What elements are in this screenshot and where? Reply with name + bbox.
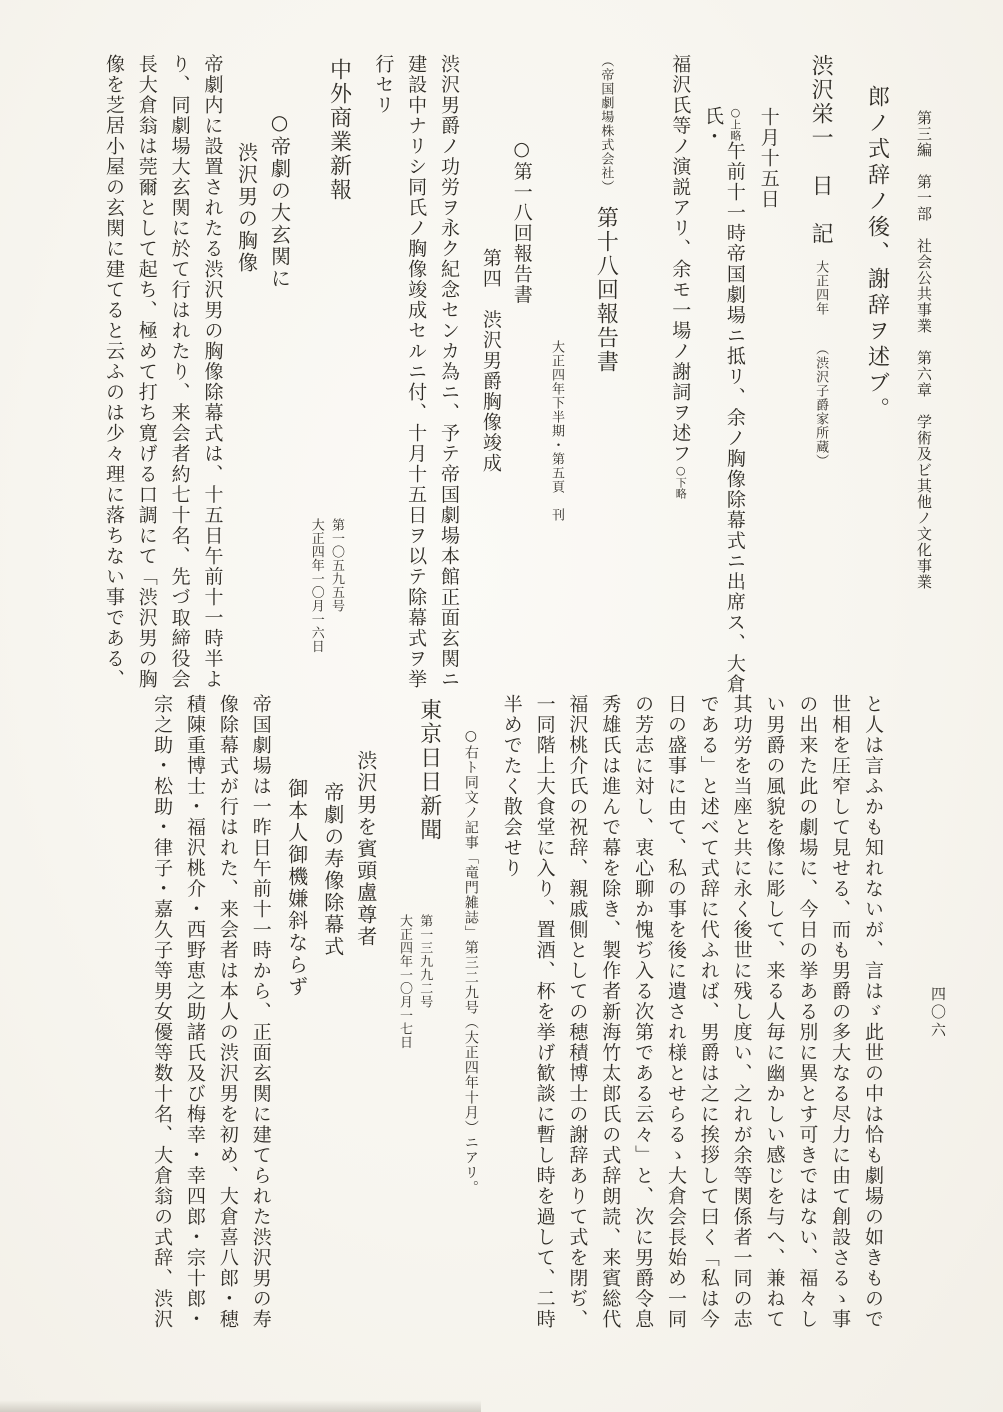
diary-line2-text: 福沢氏等ノ演説アリ、余モ一場ノ謝詞ヲ述フ <box>669 54 691 464</box>
upper-text-band: 第三編 第一部 社会公共事業 第六章 学術及ビ其他ノ文化事業 郎ノ式辞ノ後、謝辞… <box>102 52 933 712</box>
chugai-text-line: 一同階上大食堂に入り、置酒、杯を挙げ歓談に暫し時を過して、二時 <box>533 692 555 1404</box>
page-number: 四〇六 <box>928 986 949 1040</box>
nichinichi-text-line: 宗之助・松助・律子・嘉久子等男女優等数十名、大倉翁の式辞、渋沢 <box>150 692 172 1404</box>
report-edition-note: 大正四年下半期・第五頁 刊 <box>548 52 564 712</box>
chugai-text-line: 日の盛事に由て、私の事を後に遺され様とせらるゝ大倉会長始め一同 <box>664 692 686 1404</box>
running-head: 第三編 第一部 社会公共事業 第六章 学術及ビ其他ノ文化事業 <box>914 52 934 712</box>
nichinichi-headline: 渋沢男を賓頭盧尊者 <box>354 692 378 1404</box>
omission-mark-top: ○上略 <box>729 106 742 141</box>
nichinichi-text-line: 帝国劇場は一昨日午前十一時から、正面玄関に建てられた渋沢男の寿 <box>249 692 271 1404</box>
chugai-text-line: の出来た此の劇場に、今日の挙ある別に異とす可きではない、福々し <box>795 692 817 1404</box>
chugai-headline: ○帝劇の大玄関に <box>267 52 291 712</box>
diary-text-line: 福沢氏等ノ演説アリ、余モ一場ノ謝詞ヲ述フ○下略 <box>668 52 690 712</box>
diary-date-heading: 十月十五日 <box>757 52 779 712</box>
report-section-heading: ○第一八回報告書 <box>510 52 532 712</box>
chugai-issue-note: 第一〇五九五号 大正四年一〇月一六日 <box>303 518 344 653</box>
chugai-text-line: 半めでたく散会せり <box>500 692 522 1404</box>
report-text-line: 渋沢男爵ノ功労ヲ永ク紀念センカ為ニ、予テ帝国劇場本館正面玄関ニ <box>437 52 459 712</box>
nichinichi-text-line: 像除幕式が行はれた、来会者は本人の渋沢男を初め、大倉喜八郎・穂 <box>216 692 238 1404</box>
chugai-text-line: 像を芝居小屋の玄関に建てると云ふのは少々理に落ちない事である、 <box>102 52 124 712</box>
chugai-text-line: 其功労を当座と共に永く後世に残し度い、之れが余等関係者一同の志 <box>730 692 752 1404</box>
report-text-line: 建設中ナリシ同氏ノ胸像竣成セルニ付、十月十五日ヲ以テ除幕式ヲ挙 <box>404 52 426 712</box>
chugai-text-line: と人は言ふかも知れないが、言はゞ此世の中は恰も劇場の如きもので <box>861 692 883 1404</box>
chugai-text-line: り、同劇場大玄関に於て行はれたり、来会者約七十名、先づ取締役会 <box>168 52 190 712</box>
report-company-note: （帝国劇場株式会社） <box>598 54 613 194</box>
nichinichi-issue-note: 第一三九九二号 大正四年一〇月一七日 <box>392 914 433 1049</box>
chugai-headline: 渋沢男の胸像 <box>234 52 258 712</box>
chugai-paper-title: 中外商業新報 <box>325 58 351 202</box>
chugai-issue-number: 第一〇五九五号 <box>328 518 344 653</box>
book-page: 第三編 第一部 社会公共事業 第六章 学術及ビ其他ノ文化事業 郎ノ式辞ノ後、謝辞… <box>0 0 1003 1412</box>
report-heading: （帝国劇場株式会社）第十八回報告書 <box>592 52 618 712</box>
report-text-line: 行セリ <box>371 52 393 712</box>
page-edge-shadow <box>0 1400 481 1412</box>
chugai-text-line: 世相を圧窄して見せる、而も男爵の多大なる尽力に由て創設さるゝ事 <box>828 692 850 1404</box>
nichinichi-headline: 御本人御機嫌斜ならず <box>285 692 309 1404</box>
diary-era-note: 大正四年 <box>813 260 828 316</box>
chugai-text-line: 秀雄氏は進んで幕を除き、製作者新海竹太郎氏の式辞朗読、来賓総代 <box>598 692 620 1404</box>
nichinichi-paper-title: 東京日日新聞 <box>415 698 441 842</box>
continuation-line: 郎ノ式辞ノ後、謝辞ヲ述ブ。 <box>863 52 889 712</box>
nichinichi-masthead: 東京日日新聞 第一三九九二号 大正四年一〇月一七日 <box>392 692 442 1404</box>
nichinichi-headline: 帝劇の寿像除幕式 <box>321 692 345 1404</box>
chugai-text-line: である」と述べて式辞に代ふれば、男爵は之に挨拶して曰く「私は今 <box>697 692 719 1404</box>
diary-line1-text: 午前十一時帝国劇場ニ抵リ、余ノ胸像除幕式ニ出席ス、大倉氏・ <box>702 106 746 695</box>
diary-heading: 渋沢栄一 日 記大正四年（渋沢子爵家所蔵） <box>807 52 833 712</box>
chugai-masthead: 中外商業新報 第一〇五九五号 大正四年一〇月一六日 <box>303 52 351 712</box>
diary-source-note: （渋沢子爵家所蔵） <box>813 342 828 468</box>
chugai-text-line: の芳志に対し、衷心聊か愧ぢ入る次第である云々」と、次に男爵令息 <box>631 692 653 1404</box>
lower-text-band: と人は言ふかも知れないが、言はゞ此世の中は恰も劇場の如きもので 世相を圧窄して見… <box>150 692 883 1404</box>
nichinichi-text-line: 積陳重博士・福沢桃介・西野恵之助諸氏及び梅幸・幸四郎・宗十郎・ <box>183 692 205 1404</box>
cross-reference-note: ○右ト同文ノ記事「竜門雑誌」第三二九号（大正四年十月）ニアリ。 <box>462 692 480 1404</box>
chugai-text-line: い男爵の風貌を像に彫して、来る人毎に幽かしい感じを与へ、兼ねて <box>763 692 785 1404</box>
chugai-text-line: 長大倉翁は莞爾として起ち、極めて打ち寛げる口調にて「渋沢男の胸 <box>135 52 157 712</box>
chugai-issue-date: 大正四年一〇月一六日 <box>307 518 323 653</box>
chugai-text-line: 帝劇内に設置されたる渋沢男の胸像除幕式は、十五日午前十一時半よ <box>201 52 223 712</box>
diary-text-line: ○上略午前十一時帝国劇場ニ抵リ、余ノ胸像除幕式ニ出席ス、大倉氏・ <box>701 52 745 712</box>
diary-title: 渋沢栄一 日 記 <box>808 54 833 246</box>
chugai-text-line: 福沢桃介氏の祝辞、親戚側としての穂積博士の謝辞ありて式を閉ぢ、 <box>566 692 588 1404</box>
omission-mark-bottom: ○下略 <box>674 464 687 499</box>
report-sub-heading: 第四 渋沢男爵胸像竣成 <box>479 52 501 712</box>
nichinichi-issue-number: 第一三九九二号 <box>416 914 432 1049</box>
report-title: 第十八回報告書 <box>593 206 618 374</box>
nichinichi-issue-date: 大正四年一〇月一七日 <box>396 914 412 1049</box>
